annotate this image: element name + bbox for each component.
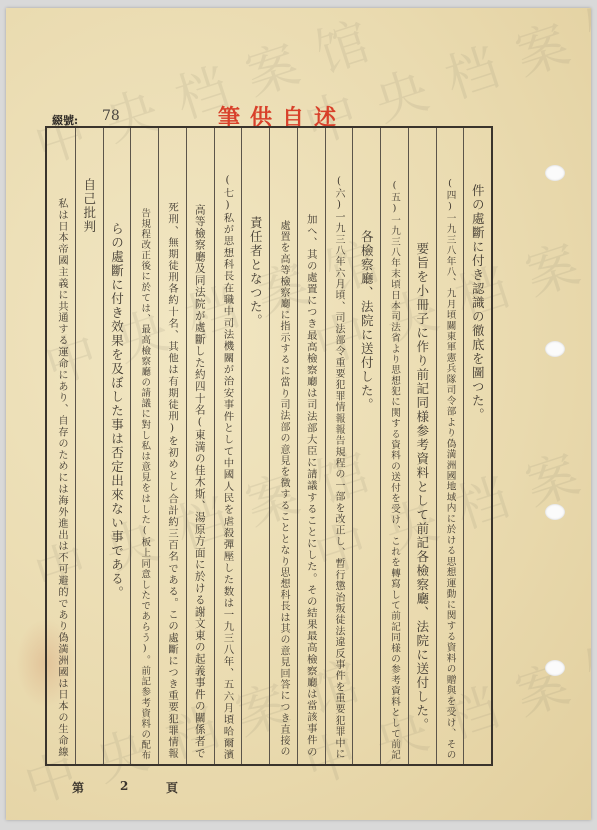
- text-column: (七)私が思想科長在職中司法機關が治安事件として中國人民を虐殺彈壓した数は一九三…: [214, 128, 242, 764]
- handwritten-line: (五)一九三八年末頃日本司法省より思想犯に関する資料の送付を受け、これを轉寫して…: [380, 180, 408, 761]
- text-column: 責任者となつた。: [241, 128, 269, 764]
- text-column: 要旨を小冊子に作り前記同様参考資料として前記各檢察廳、法院に送付した。: [408, 128, 436, 764]
- text-column: 高等檢察廳及同法院が處斷した約四十名(東満の佳木斯、湯原方面に於ける謝文東の起義…: [186, 128, 214, 764]
- handwritten-line: (六)一九三八年六月頃、司法部令重要犯罪情報報告規程の一部を改正し、暫行懲治叛徒…: [325, 176, 353, 760]
- text-column: (六)一九三八年六月頃、司法部令重要犯罪情報報告規程の一部を改正し、暫行懲治叛徒…: [325, 128, 353, 764]
- punch-hole: [545, 165, 565, 181]
- handwritten-line: 私は日本帝國主義に共通する運命にあり、自存のためには海外進出は不可避的であり偽満…: [47, 198, 75, 758]
- punch-hole: [545, 504, 565, 520]
- punch-hole: [545, 660, 565, 676]
- text-column: 處置を高等檢察廳に指示するに當り司法部の意見を徴することとなり思想科長は其の意見…: [269, 128, 297, 764]
- handwritten-line: 處置を高等檢察廳に指示するに當り司法部の意見を徴することとなり思想科長は其の意見…: [269, 220, 297, 758]
- text-column: 加へ、其の處置につき最高檢察廳は司法部大臣に請議することにした。その結果最高檢察…: [297, 128, 325, 764]
- handwritten-line: (七)私が思想科長在職中司法機關が治安事件として中國人民を虐殺彈壓した数は一九三…: [214, 174, 242, 761]
- text-column: 死刑、無期徒刑各約十名、其他は有期徒刑)を初めとし合計約三百名である。この處斷に…: [158, 128, 186, 764]
- file-number-value: 78: [102, 108, 120, 124]
- page-prefix: 第: [72, 779, 84, 796]
- handwritten-line: 要旨を小冊子に作り前記同様参考資料として前記各檢察廳、法院に送付した。: [408, 242, 436, 732]
- handwritten-line: 責任者となつた。: [241, 216, 269, 328]
- handwritten-line: 死刑、無期徒刑各約十名、其他は有期徒刑)を初めとし合計約三百名である。この處斷に…: [158, 202, 186, 760]
- punch-hole: [545, 341, 565, 357]
- handwritten-line: 各檢察廳、法院に送付した。: [352, 230, 380, 412]
- manuscript-grid: 件の處斷に付き認識の徹底を圖つた。(四)一九三八年八、九月頃關東軍憲兵隊司令部よ…: [45, 126, 493, 766]
- text-column: 自己批判: [75, 128, 103, 764]
- handwritten-line: 告規程改正後に於ては、最高檢察廳の請議に對し私は意見をはした(板上同意したであら…: [130, 208, 158, 761]
- text-column: 各檢察廳、法院に送付した。: [352, 128, 380, 764]
- text-column: 私は日本帝國主義に共通する運命にあり、自存のためには海外進出は不可避的であり偽満…: [47, 128, 75, 764]
- text-column: (五)一九三八年末頃日本司法省より思想犯に関する資料の送付を受け、これを轉寫して…: [380, 128, 408, 764]
- page-number: 2: [120, 779, 128, 793]
- handwritten-line: 加へ、其の處置につき最高檢察廳は司法部大臣に請議することにした。その結果最高檢察…: [297, 214, 325, 758]
- text-column: 件の處斷に付き認識の徹底を圖つた。: [463, 128, 491, 764]
- handwritten-line: 件の處斷に付き認識の徹底を圖つた。: [463, 184, 491, 422]
- page-suffix: 頁: [166, 779, 178, 796]
- handwritten-line: (四)一九三八年八、九月頃關東軍憲兵隊司令部より偽満洲國地域内に於ける思想運動に…: [436, 178, 464, 760]
- handwritten-line: 自己批判: [75, 178, 103, 234]
- handwritten-line: 高等檢察廳及同法院が處斷した約四十名(東満の佳木斯、湯原方面に於ける謝文東の起義…: [186, 204, 214, 759]
- handwritten-line: らの處斷に付き效果を及ぼした事は否定出來ない事である。: [103, 222, 131, 600]
- text-column: らの處斷に付き效果を及ぼした事は否定出來ない事である。: [103, 128, 131, 764]
- text-column: 告規程改正後に於ては、最高檢察廳の請議に對し私は意見をはした(板上同意したであら…: [130, 128, 158, 764]
- text-column: (四)一九三八年八、九月頃關東軍憲兵隊司令部より偽満洲國地域内に於ける思想運動に…: [436, 128, 464, 764]
